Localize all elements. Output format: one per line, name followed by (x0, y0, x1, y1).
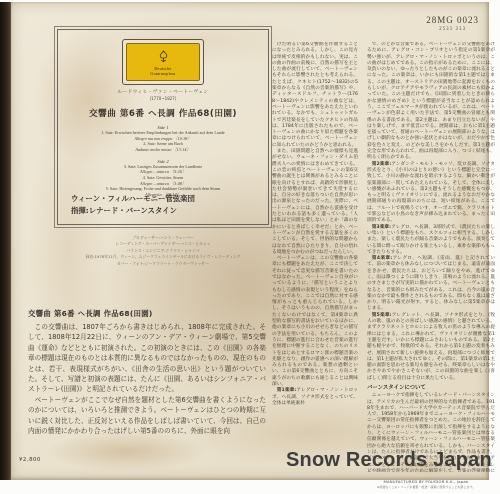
track-item: 2. Satz: Szene am BachAndante molto moss… (58, 141, 268, 152)
orchestra-name: ウィーン・フィルハーモニー管弦楽団 (71, 193, 195, 204)
paragraph: 第5楽章:アレグレット、ヘ長調、ソナタ形式をとり、《牧人の歌、嵐のあとの喜ばしい… (367, 313, 495, 382)
paragraph: 第3楽章:アレグロ、ヘ長調、3部形式で、《農民たちの楽しい集い》という標題をもち… (367, 225, 495, 256)
movement-heading: 第1楽章: (277, 388, 297, 393)
catalog-number: 28MG 0023 (426, 15, 479, 25)
catalog-sub-number: 2531 313 (426, 26, 479, 31)
dg-logo-cartouche: Deutsche Grammophon (122, 39, 204, 85)
movement-heading: 第2楽章: (372, 162, 392, 167)
paragraph: 第2楽章:アンダンテ・モルト・モッソ、変ロ長調、ソナタ形式をとり、《小川のほとり… (367, 162, 495, 225)
liner-notes-middle-column: けた明るい第6交響曲を作曲することになったとみられる。しかし、この見方は単純で皮… (272, 42, 358, 474)
paragraph: 第4楽章:アレグロ、ヘ短調、《雷雨、嵐》と記されていて、前の楽章から休みなしにつ… (367, 256, 495, 313)
movement-heading: 第3楽章: (372, 225, 391, 230)
record-spine (0, 2, 11, 480)
dg-logo: Deutsche Grammophon (126, 43, 200, 81)
credit-line: カバー・フォト:ジークフリート・ラウターヴァッサー (57, 261, 269, 267)
paragraph: また、田園問題と自然への憧憬も見逃がせない。ウェーネ・フォン・ダイム伯爵夫人への… (272, 149, 358, 256)
paragraph: 第1楽章:アレグロ・マ・ノン・トロッポ、ヘ長調、ソナタ形式をとっていて、全体は単… (272, 388, 358, 407)
catalog-block: 28MG 0023 2531 313 (426, 15, 479, 31)
paragraph: で、のどかな音楽である。ベートーヴェンの交響曲をあげるために、アレグロ・コン・ブ… (367, 42, 495, 162)
tulip-icon (157, 48, 170, 67)
tracklist-box: Deutsche Grammophon ルードウィヒ・ヴァン・ベートーヴェン (… (57, 29, 269, 225)
composer-name: ルードウィヒ・ヴァン・ベートーヴェン (58, 89, 268, 95)
credit-line: 録音:1978年11月、ウィーン、ムジークフェラインザールにおけるライヴ・レコー… (57, 254, 269, 260)
record-back-cover-photo: 28MG 0023 2531 313 Deutsche Grammophon ル… (0, 0, 500, 494)
paragraph: ベートーヴェンは、この交響曲の各楽章にも標題をあたえたが、ここで決してそれに従っ… (272, 256, 358, 388)
liner-notes-left-column: この交響曲は、1807年ごろから書きはじめられ、1808年に完成された。そして、… (28, 322, 266, 472)
paragraph: ベートーヴェンがここでなぜ自然を題材とした第6交響曲を書くようになったのかについ… (28, 395, 266, 437)
track-tempo-duration: Andante molto mosso 〔13:14〕 (58, 147, 268, 153)
liner-notes-heading: 交響曲 第6番 ヘ長調 作品68(田園) (28, 308, 153, 319)
price-label: ¥2,800 (19, 457, 41, 463)
track-item: 3. Satz: Lustiges Zusammensein der Landl… (58, 164, 268, 175)
manufacturer-line: MANUFACTURED BY POLYDOR K.K., Japan (360, 479, 492, 484)
watermark: Snow Records Japan (286, 449, 492, 472)
side1-tracklist: 1. Satz: Erwachen heiterer Empfindungen … (58, 130, 268, 153)
movement-sections: で、のどかな音楽である。ベートーヴェンの交響曲をあげるために、アレグロ・コン・ブ… (367, 42, 495, 472)
manufacturer-block: MANUFACTURED BY POLYDOR K.K., Japan ※許諾な… (360, 479, 492, 489)
conductor-name: 指揮:レナード・バーンスタイン (71, 205, 195, 216)
composer-years: (1770~1827) (58, 96, 268, 101)
paragraph: けた明るい第6交響曲を作曲することになったとみられる。しかし、この見方は単純で皮… (272, 42, 358, 149)
production-credits: プロデューサー:ハンス・ウェーバーレコーディング・スーパーヴァイザー:ハンス・ヒ… (57, 235, 269, 267)
liner-notes-right-column: で、のどかな音楽である。ベートーヴェンの交響曲をあげるために、アレグロ・コン・ブ… (367, 42, 495, 472)
record-sleeve-back: 28MG 0023 2531 313 Deutsche Grammophon ル… (11, 2, 489, 480)
track-item: 1. Satz: Erwachen heiterer Empfindungen … (58, 130, 268, 141)
paragraph: この交響曲は、1807年ごろから書きはじめられ、1808年に完成された。そして、… (28, 322, 266, 395)
rights-line: ※許諾なくこのレコードを複製・放送・演奏に使用することを禁じます。 (360, 485, 492, 489)
album-title: 交響曲 第6番 ヘ長調 作品68(田園) (58, 107, 268, 119)
track-item: 4. Satz: Gewitter, SturmAllegro – attacc… (58, 175, 268, 186)
movement-heading: 第5楽章: (372, 313, 392, 318)
performers-block: ウィーン・フィルハーモニー管弦楽団 指揮:レナード・バーンスタイン (71, 193, 195, 216)
section-heading: バーンスタインについて (367, 385, 495, 392)
brand-name-line2: Grammophon (150, 72, 175, 77)
movement-heading: 第4楽章: (372, 256, 393, 261)
